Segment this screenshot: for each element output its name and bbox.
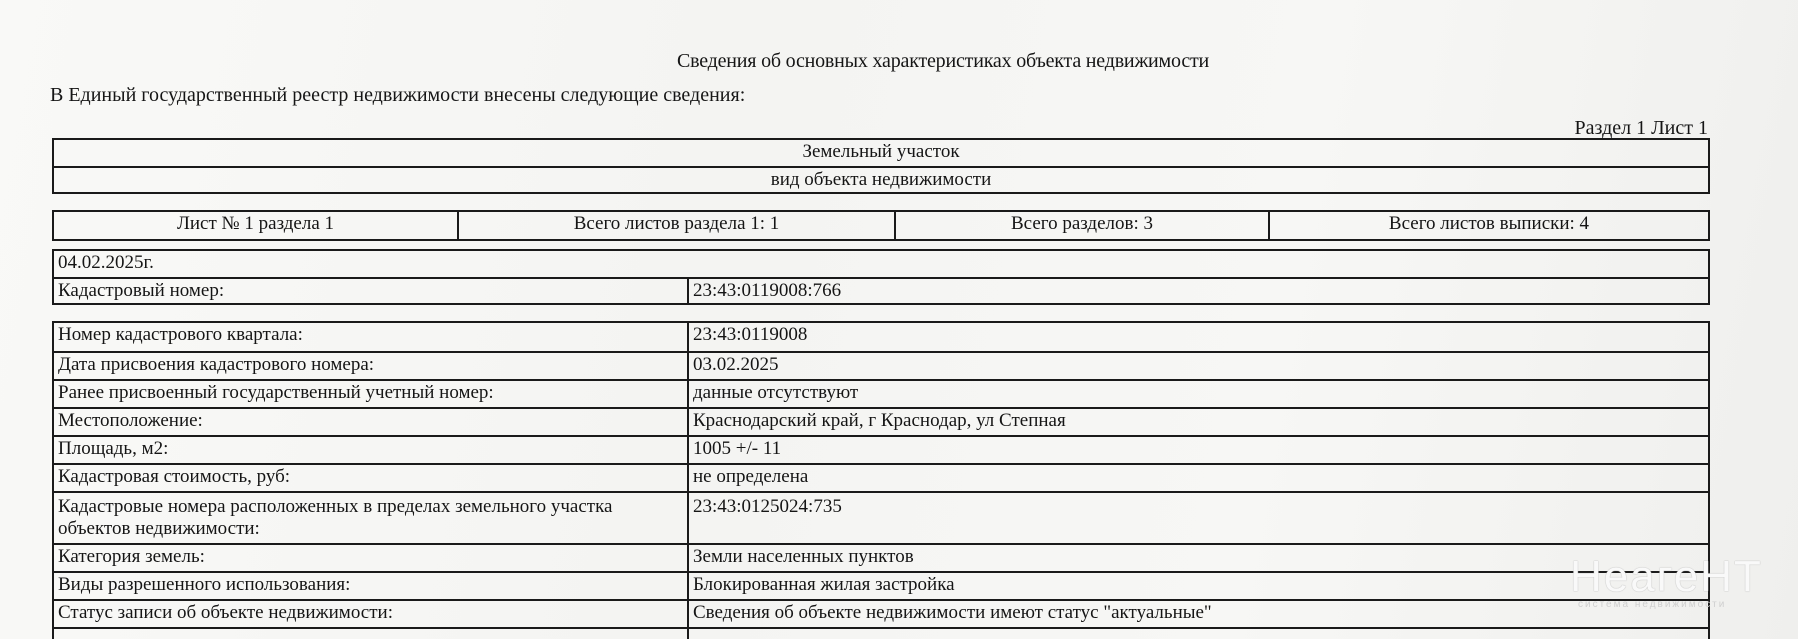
table-row: Кадастровая стоимость, руб: не определен…: [54, 463, 1708, 491]
table-row: Кадастровые номера расположенных в преде…: [54, 491, 1708, 543]
sheet-info-table: Лист № 1 раздела 1 Всего листов раздела …: [52, 210, 1710, 241]
cadastral-number-label: Кадастровый номер:: [54, 279, 689, 303]
watermark-logo: НеагеНТ система недвижимости: [1570, 555, 1798, 610]
property-label: Статус записи об объекте недвижимости:: [54, 601, 689, 627]
sheet-info-row: Лист № 1 раздела 1 Всего листов раздела …: [54, 212, 1708, 239]
watermark-brand: НеагеНТ: [1570, 555, 1798, 599]
date-row: 04.02.2025г.: [54, 251, 1708, 277]
object-type-table: Земельный участок вид объекта недвижимос…: [52, 138, 1710, 194]
table-row: Статус записи об объекте недвижимости: С…: [54, 599, 1708, 627]
property-value: 23:43:0119008: [689, 323, 1708, 351]
property-value: 03.02.2025: [689, 353, 1708, 379]
property-label: Местоположение:: [54, 409, 689, 435]
sheets-in-section: Всего листов раздела 1: 1: [459, 212, 896, 239]
property-value: Блокированная жилая застройка: [689, 573, 1708, 599]
object-type-row: Земельный участок: [54, 140, 1708, 166]
watermark-tagline: система недвижимости: [1578, 599, 1798, 610]
property-label: Дата присвоения кадастрового номера:: [54, 353, 689, 379]
table-row: Местоположение: Краснодарский край, г Кр…: [54, 407, 1708, 435]
object-type: Земельный участок: [54, 140, 1708, 166]
properties-table: Номер кадастрового квартала: 23:43:01190…: [52, 321, 1710, 639]
date-cadastral-table: 04.02.2025г. Кадастровый номер: 23:43:01…: [52, 249, 1710, 305]
property-label: Площадь, м2:: [54, 437, 689, 463]
table-row: Площадь, м2: 1005 +/- 11: [54, 435, 1708, 463]
cadastral-number-row: Кадастровый номер: 23:43:0119008:766: [54, 277, 1708, 303]
table-row: Номер кадастрового квартала: 23:43:01190…: [54, 323, 1708, 351]
property-value: Сведения об объекте недвижимости имеют с…: [689, 601, 1708, 627]
property-label: Категория земель:: [54, 545, 689, 571]
document-page: Сведения об основных характеристиках объ…: [0, 0, 1798, 639]
section-reference: Раздел 1 Лист 1: [1575, 117, 1708, 140]
property-label-empty: [54, 629, 689, 639]
property-value: 1005 +/- 11: [689, 437, 1708, 463]
table-row: Категория земель: Земли населенных пункт…: [54, 543, 1708, 571]
sheet-number: Лист № 1 раздела 1: [54, 212, 459, 239]
property-value: Краснодарский край, г Краснодар, ул Степ…: [689, 409, 1708, 435]
object-type-caption: вид объекта недвижимости: [54, 168, 1708, 192]
property-label: Виды разрешенного использования:: [54, 573, 689, 599]
table-row: Ранее присвоенный государственный учетны…: [54, 379, 1708, 407]
property-value: не определена: [689, 465, 1708, 491]
object-type-caption-row: вид объекта недвижимости: [54, 166, 1708, 192]
extract-date: 04.02.2025г.: [54, 251, 1708, 277]
property-value-empty: [689, 629, 1708, 639]
total-sections: Всего разделов: 3: [896, 212, 1270, 239]
property-value: 23:43:0125024:735: [689, 493, 1708, 543]
total-sheets: Всего листов выписки: 4: [1270, 212, 1708, 239]
property-label: Ранее присвоенный государственный учетны…: [54, 381, 689, 407]
table-row: Дата присвоения кадастрового номера: 03.…: [54, 351, 1708, 379]
property-label: Номер кадастрового квартала:: [54, 323, 689, 351]
document-title: Сведения об основных характеристиках объ…: [0, 50, 1798, 73]
intro-text: В Единый государственный реестр недвижим…: [50, 84, 745, 107]
property-value: данные отсутствуют: [689, 381, 1708, 407]
table-row: Виды разрешенного использования: Блокиро…: [54, 571, 1708, 599]
table-row-partial: [54, 627, 1708, 639]
property-label: Кадастровая стоимость, руб:: [54, 465, 689, 491]
cadastral-number-value: 23:43:0119008:766: [689, 279, 1708, 303]
property-label: Кадастровые номера расположенных в преде…: [54, 493, 689, 543]
property-value: Земли населенных пунктов: [689, 545, 1708, 571]
